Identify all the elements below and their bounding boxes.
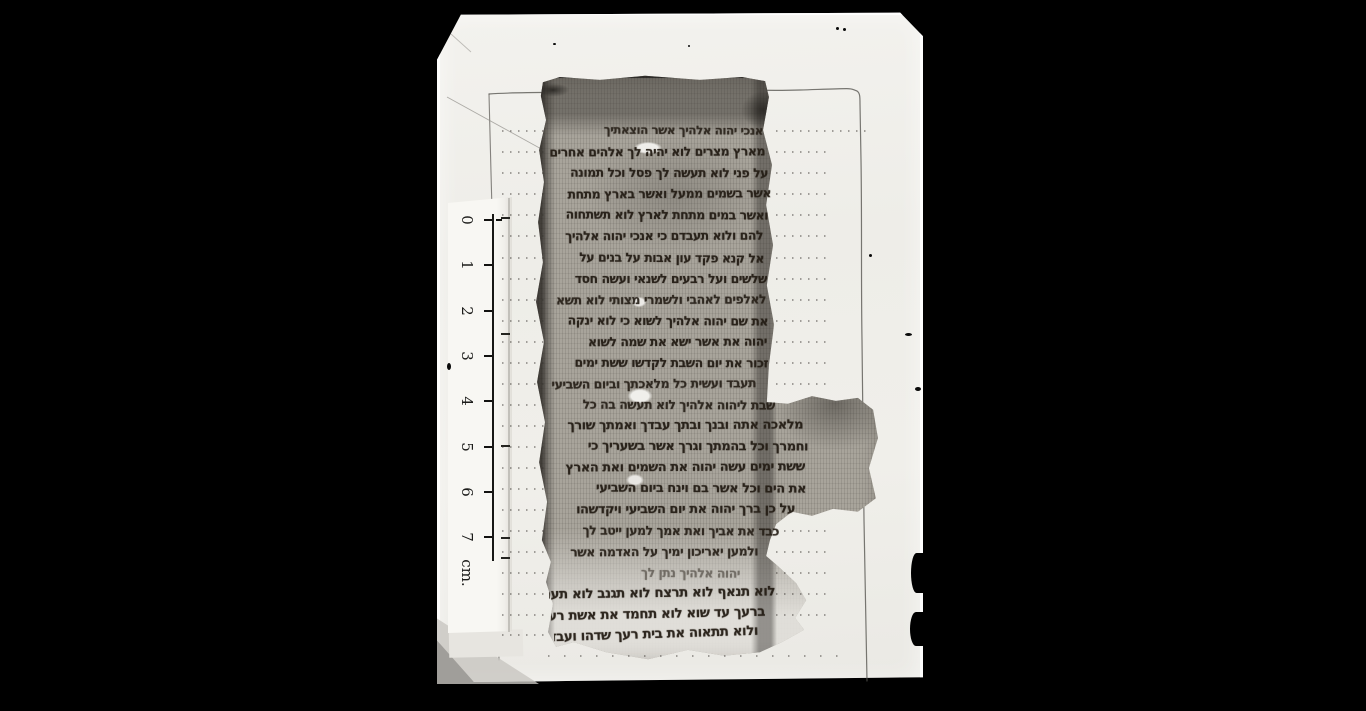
ruler-card-fold bbox=[449, 629, 524, 658]
ruler-card-edge-shadow bbox=[508, 198, 510, 632]
photo-background: { "photo": { "type": "black-and-white ph… bbox=[0, 0, 1366, 711]
ruler-card bbox=[448, 197, 512, 633]
